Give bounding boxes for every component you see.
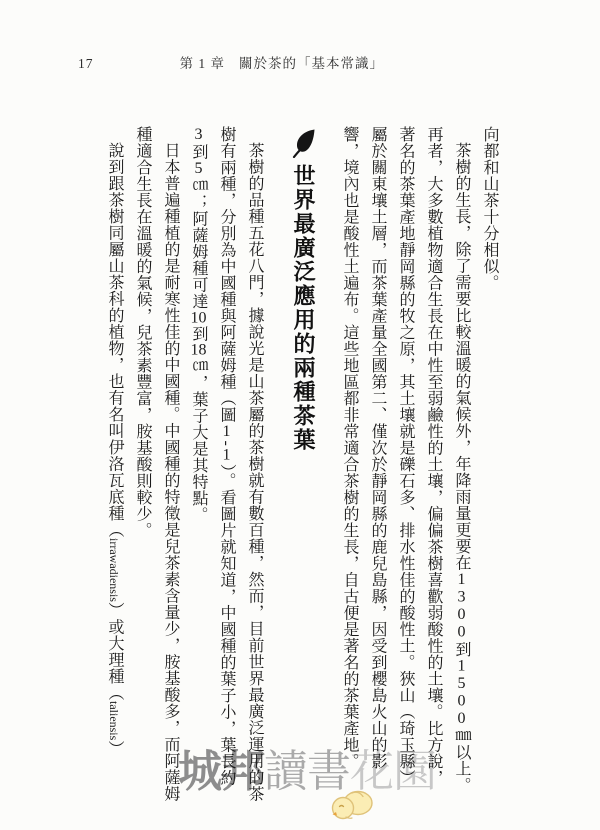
- page-number: 17: [78, 56, 94, 72]
- text-segment: ）或大理種（: [106, 602, 123, 701]
- text-segment: ；阿薩姆種可達: [190, 194, 207, 310]
- paragraph: 日本普遍種植的是耐寒性佳的中國種。中國種的特徵是兒茶素含量少，胺基酸多，而阿薩姆…: [128, 126, 184, 802]
- text-segment: taliensis: [107, 701, 121, 740]
- paragraph: 向都和山茶十分相似。: [475, 126, 503, 802]
- text-segment: ）。看圖片就知道，中國種的葉子小，葉長約: [218, 464, 235, 786]
- paragraph: 說到跟茶樹同屬山茶科的植物，也有名叫伊洛瓦底種（irrawadiensis）或大…: [100, 126, 128, 802]
- paragraphs-after-section: 茶樹的品種五花八門，據說光是山茶屬的茶樹就有數百種，然而，目前世界最廣泛運用的茶…: [100, 126, 268, 802]
- text-segment: 1500㎜: [453, 658, 470, 745]
- paragraphs-before-section: 向都和山茶十分相似。茶樹的生長，除了需要比較溫暖的氣候外，年降雨量更要在1300…: [335, 126, 503, 802]
- paragraph: 茶樹的品種五花八門，據說光是山茶屬的茶樹就有數百種，然而，目前世界最廣泛運用的茶…: [184, 126, 268, 802]
- text-segment: 3: [190, 126, 207, 144]
- text-segment: ，葉子大是其特點。: [190, 375, 207, 524]
- page-header: 17第 1 章關於茶的「基本常識」: [78, 52, 384, 72]
- text-segment: 以上。再者，大多數植物適合生長在中性至弱鹼性的土壤，偏偏茶樹喜歡弱酸性的土壤。比…: [341, 126, 470, 794]
- text-segment: 茶樹的生長，除了需要比較溫暖的氣候外，年降雨量更要在: [453, 142, 470, 571]
- text-segment: 5㎝: [190, 160, 207, 194]
- text-segment: 18: [190, 342, 207, 358]
- text-segment: 10: [190, 310, 207, 326]
- text-segment: 到: [190, 326, 207, 343]
- text-segment: 1300: [453, 571, 470, 641]
- section-title: 世界最廣泛應用的兩種茶葉: [291, 164, 316, 452]
- text-segment: ㎝: [190, 358, 207, 375]
- text-segment: 到: [190, 144, 207, 161]
- body-text-block: 向都和山茶十分相似。茶樹的生長，除了需要比較溫暖的氣候外，年降雨量更要在1300…: [100, 126, 503, 802]
- paragraph: 茶樹的生長，除了需要比較溫暖的氣候外，年降雨量更要在1300到1500㎜以上。再…: [335, 126, 475, 802]
- text-segment: 1: [218, 446, 235, 464]
- text-segment: 說到跟茶樹同屬山茶科的植物，也有名叫伊洛瓦底種（: [106, 142, 123, 538]
- text-segment: 日本普遍種植的是耐寒性佳的中國種。中國種的特徵是兒茶素含量少，胺基酸多，而阿薩姆…: [134, 126, 179, 802]
- chapter-title: 關於茶的「基本常識」: [239, 56, 384, 71]
- text-segment: ）: [106, 740, 123, 757]
- text-segment: 到: [453, 641, 470, 658]
- chapter-label: 第 1 章: [180, 52, 226, 72]
- text-segment: 向都和山茶十分相似。: [481, 126, 498, 291]
- leaf-icon: [290, 128, 316, 158]
- text-segment: irrawadiensis: [107, 538, 121, 602]
- text-segment: 1: [218, 423, 235, 441]
- section-heading: 世界最廣泛應用的兩種茶葉: [285, 126, 321, 802]
